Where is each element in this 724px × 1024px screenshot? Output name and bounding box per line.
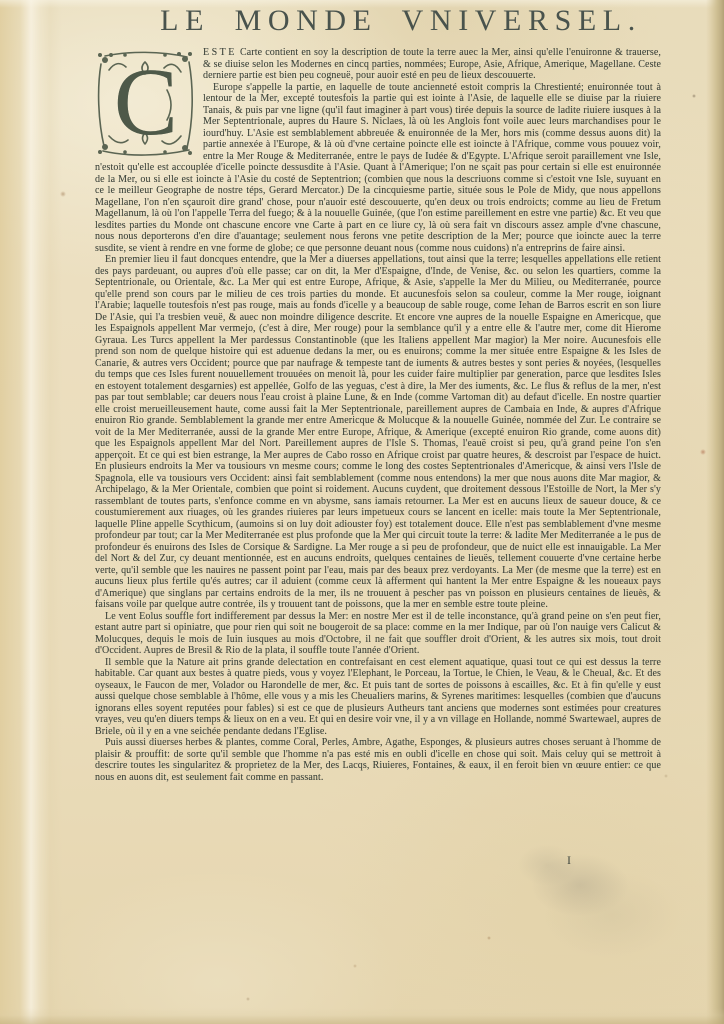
drop-cap-block: C — [95, 48, 195, 158]
page-edge-bottom — [0, 1008, 724, 1024]
text-block: C ESTE Carte contient en soy la descript… — [95, 47, 661, 783]
paragraph-4: Le vent Eolus souffle fort indifferement… — [95, 611, 661, 657]
scanned-book-page: LE MONDE VNIVERSEL. — [0, 0, 724, 1024]
drop-cap-ornament-woodcut: C — [95, 48, 195, 158]
drop-cap-letter: C — [114, 48, 178, 155]
page-title: LE MONDE VNIVERSEL. — [118, 4, 684, 38]
page-edge-right — [706, 0, 724, 1024]
signature-mark: I — [567, 853, 571, 868]
paragraph-5: Il semble que la Nature ait prins grande… — [95, 657, 661, 738]
lead-word: ESTE — [203, 47, 237, 58]
paragraph-6: Puis aussi diuerses herbes & plantes, co… — [95, 737, 661, 783]
paper-fold — [0, 0, 62, 1024]
paragraph-1-text: Carte contient en soy la description de … — [203, 47, 661, 81]
paragraph-3: En premier lieu il faut doncques entendr… — [95, 254, 661, 611]
